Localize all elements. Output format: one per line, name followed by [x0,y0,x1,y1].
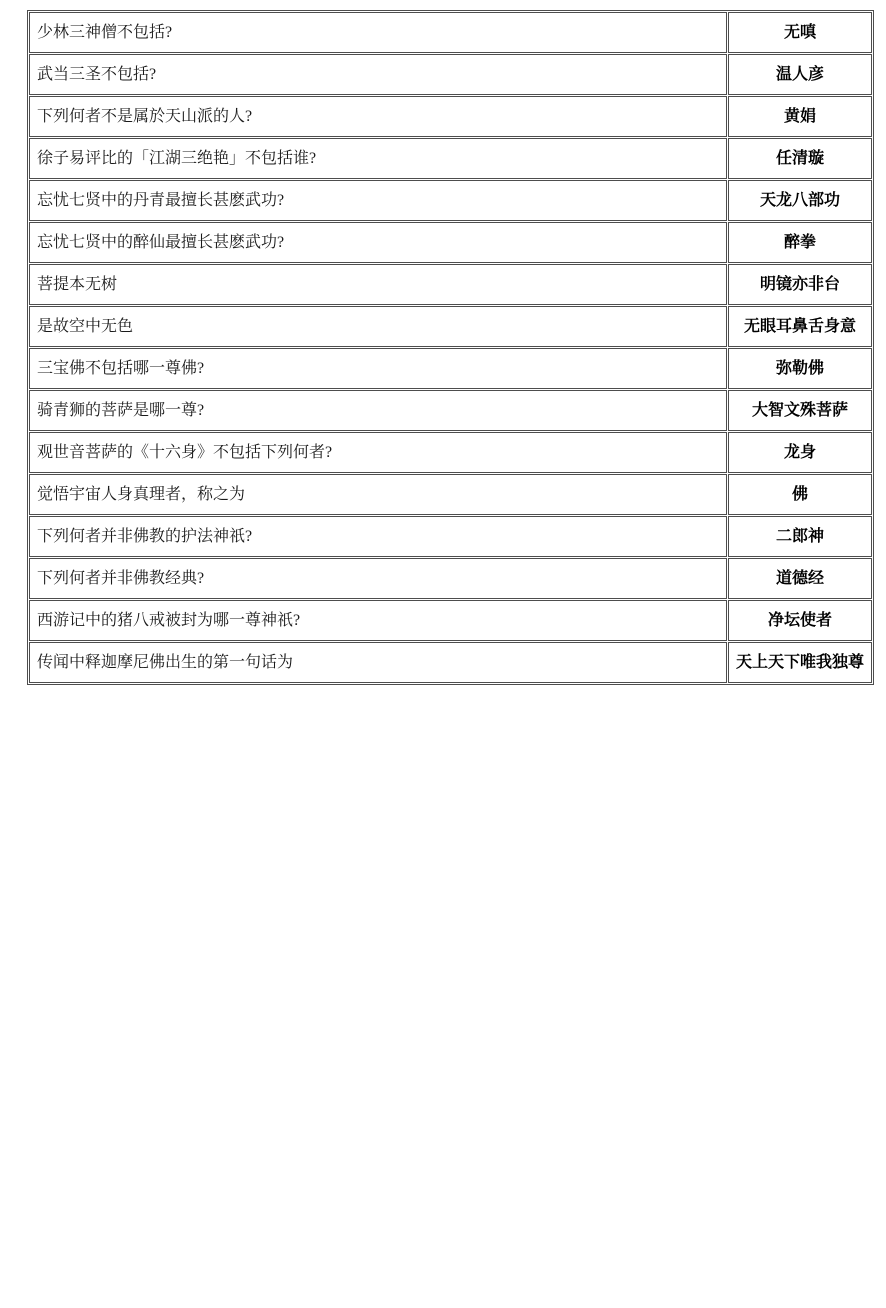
question-cell: 下列何者并非佛教经典? [29,558,727,599]
table-row: 下列何者并非佛教经典?道德经 [29,558,872,599]
table-row: 是故空中无色无眼耳鼻舌身意 [29,306,872,347]
question-cell: 骑青狮的菩萨是哪一尊? [29,390,727,431]
answer-cell: 无眼耳鼻舌身意 [728,306,872,347]
table-row: 下列何者并非佛教的护法神祇?二郎神 [29,516,872,557]
answer-cell: 龙身 [728,432,872,473]
answer-cell: 黄娟 [728,96,872,137]
answer-cell: 弥勒佛 [728,348,872,389]
answer-cell: 温人彦 [728,54,872,95]
question-cell: 西游记中的猪八戒被封为哪一尊神祇? [29,600,727,641]
table-row: 骑青狮的菩萨是哪一尊?大智文殊菩萨 [29,390,872,431]
question-cell: 下列何者并非佛教的护法神祇? [29,516,727,557]
table-row: 传闻中释迦摩尼佛出生的第一句话为天上天下唯我独尊 [29,642,872,683]
table-row: 观世音菩萨的《十六身》不包括下列何者?龙身 [29,432,872,473]
answer-cell: 无嗔 [728,12,872,53]
question-cell: 徐子易评比的「江湖三绝艳」不包括谁? [29,138,727,179]
quiz-table: 少林三神僧不包括?无嗔武当三圣不包括?温人彦下列何者不是属於天山派的人?黄娟徐子… [27,10,874,685]
table-row: 觉悟宇宙人身真理者，称之为佛 [29,474,872,515]
table-row: 武当三圣不包括?温人彦 [29,54,872,95]
answer-cell: 天上天下唯我独尊 [728,642,872,683]
table-row: 菩提本无树明镜亦非台 [29,264,872,305]
question-cell: 少林三神僧不包括? [29,12,727,53]
answer-cell: 明镜亦非台 [728,264,872,305]
table-row: 少林三神僧不包括?无嗔 [29,12,872,53]
question-cell: 是故空中无色 [29,306,727,347]
answer-cell: 净坛使者 [728,600,872,641]
table-row: 西游记中的猪八戒被封为哪一尊神祇?净坛使者 [29,600,872,641]
answer-cell: 天龙八部功 [728,180,872,221]
table-row: 忘忧七贤中的醉仙最擅长甚麽武功?醉拳 [29,222,872,263]
answer-cell: 道德经 [728,558,872,599]
table-row: 下列何者不是属於天山派的人?黄娟 [29,96,872,137]
question-cell: 菩提本无树 [29,264,727,305]
question-cell: 觉悟宇宙人身真理者，称之为 [29,474,727,515]
table-row: 徐子易评比的「江湖三绝艳」不包括谁?任清璇 [29,138,872,179]
question-cell: 传闻中释迦摩尼佛出生的第一句话为 [29,642,727,683]
question-cell: 忘忧七贤中的醉仙最擅长甚麽武功? [29,222,727,263]
question-cell: 下列何者不是属於天山派的人? [29,96,727,137]
answer-cell: 醉拳 [728,222,872,263]
answer-cell: 任清璇 [728,138,872,179]
question-cell: 武当三圣不包括? [29,54,727,95]
table-row: 忘忧七贤中的丹青最擅长甚麽武功?天龙八部功 [29,180,872,221]
answer-cell: 二郎神 [728,516,872,557]
question-cell: 忘忧七贤中的丹青最擅长甚麽武功? [29,180,727,221]
answer-cell: 大智文殊菩萨 [728,390,872,431]
page: 少林三神僧不包括?无嗔武当三圣不包括?温人彦下列何者不是属於天山派的人?黄娟徐子… [0,0,886,1308]
table-row: 三宝佛不包括哪一尊佛?弥勒佛 [29,348,872,389]
question-cell: 观世音菩萨的《十六身》不包括下列何者? [29,432,727,473]
quiz-table-body: 少林三神僧不包括?无嗔武当三圣不包括?温人彦下列何者不是属於天山派的人?黄娟徐子… [29,12,872,683]
answer-cell: 佛 [728,474,872,515]
question-cell: 三宝佛不包括哪一尊佛? [29,348,727,389]
